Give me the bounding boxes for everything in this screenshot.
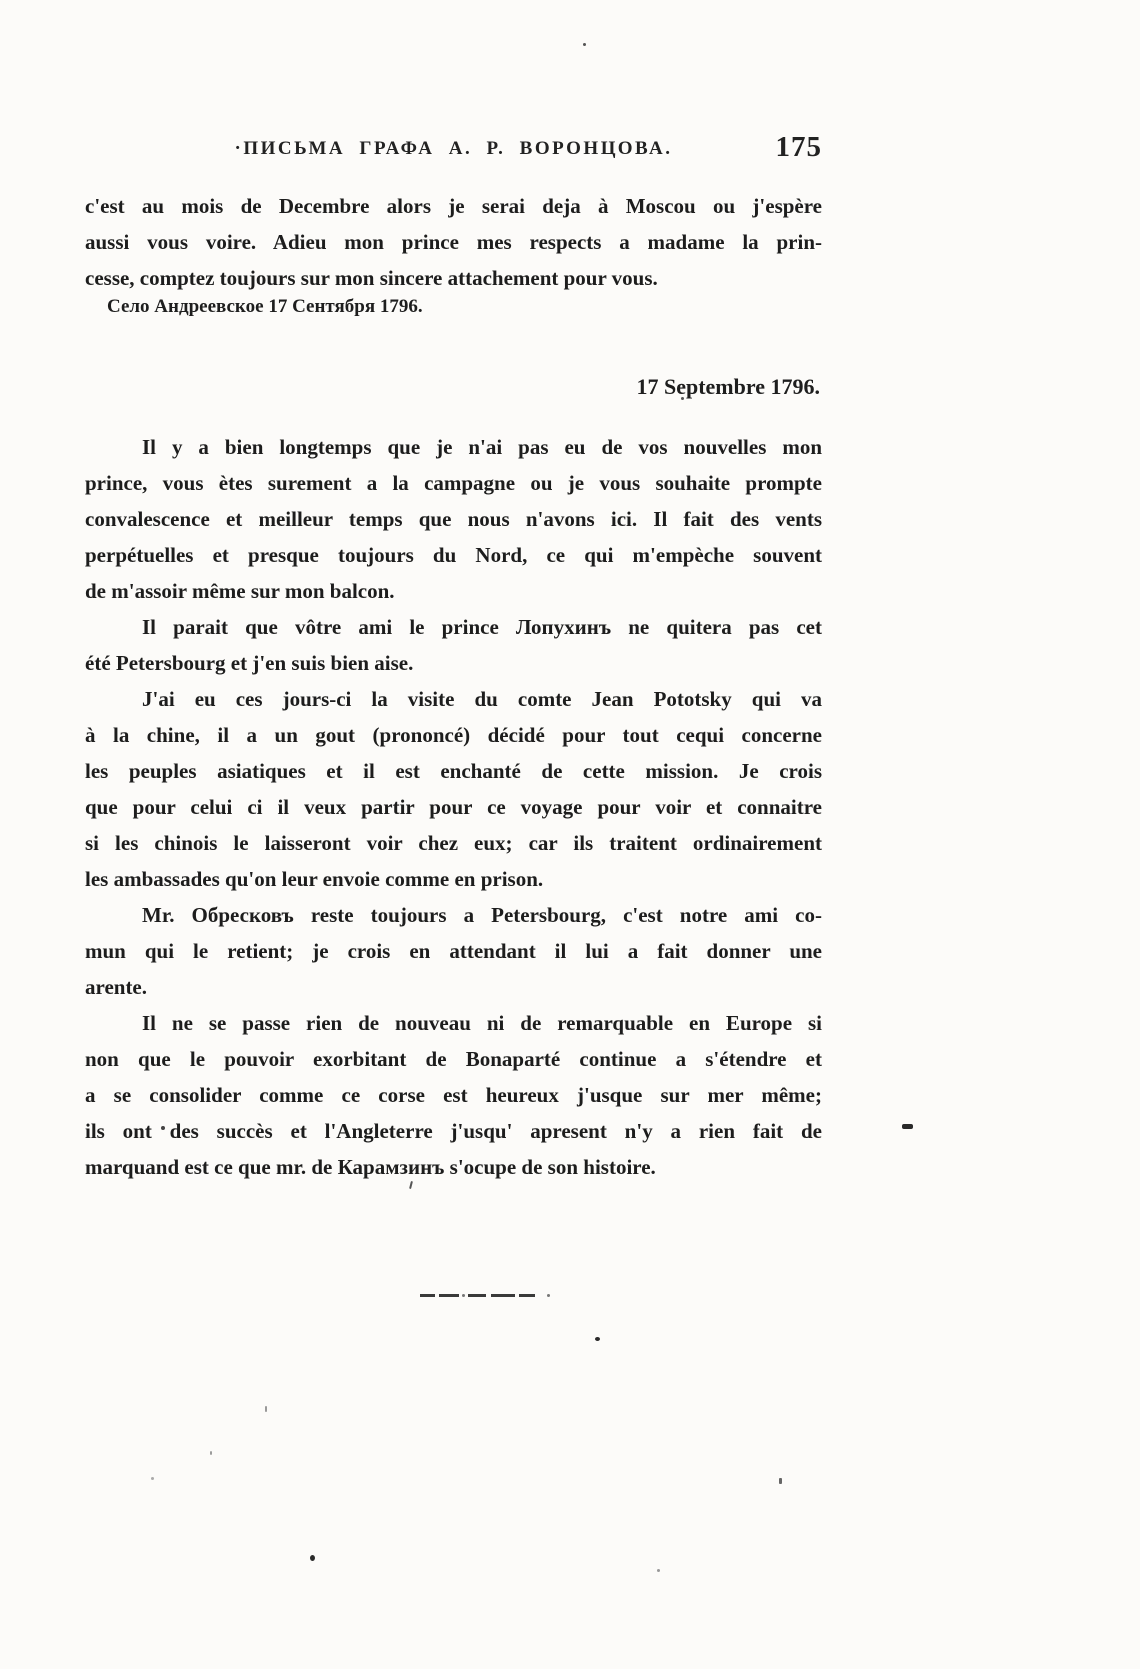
paragraph: Il parait que vôtre ami le prince Лопухи… <box>85 609 822 681</box>
ink-speck <box>265 1406 267 1412</box>
letter-closing-paragraph: c'est au mois de Decembre alors je serai… <box>85 188 822 296</box>
ink-speck <box>310 1555 315 1561</box>
page-number: 175 <box>776 131 823 164</box>
text-line: marquand est ce que mr. de Карамзинъ s'o… <box>85 1149 822 1185</box>
ink-speck <box>779 1478 782 1484</box>
paragraph: J'ai eu ces jours-ci la visite du comte … <box>85 681 822 897</box>
text-line: de m'assoir même sur mon balcon. <box>85 573 822 609</box>
ink-speck <box>595 1337 600 1341</box>
text-line: non que le pouvoir exorbitant de Bonapar… <box>85 1041 822 1077</box>
paragraph: Il y a bien longtemps que je n'ai pas eu… <box>85 429 822 609</box>
ink-speck <box>210 1451 212 1455</box>
ink-speck <box>681 397 684 400</box>
dashed-rule <box>420 1293 550 1299</box>
text-line: Mr. Обресковъ reste toujours a Petersbou… <box>85 897 822 933</box>
dateline-french: 17 Septembre 1796. <box>636 372 820 402</box>
text-line: Il parait que vôtre ami le prince Лопухи… <box>85 609 822 645</box>
text-line: cesse, comptez toujours sur mon sincere … <box>85 260 822 296</box>
ink-speck <box>657 1569 660 1572</box>
scanned-book-page: ·ПИСЬМА ГРАФА А. Р. ВОРОНЦОВА. 175 c'est… <box>0 0 1140 1669</box>
text-line: les peuples asiatiques et il est enchant… <box>85 753 822 789</box>
text-line: arente. <box>85 969 822 1005</box>
ink-speck <box>161 1126 165 1130</box>
text-line: mun qui le retient; je crois en attendan… <box>85 933 822 969</box>
running-header: ·ПИСЬМА ГРАФА А. Р. ВОРОНЦОВА. 175 <box>85 131 822 165</box>
ink-speck <box>902 1124 913 1129</box>
text-line: Il ne se passe rien de nouveau ni de rem… <box>85 1005 822 1041</box>
letter-body: Il y a bien longtemps que je n'ai pas eu… <box>85 429 822 1185</box>
paragraph: c'est au mois de Decembre alors je serai… <box>85 188 822 296</box>
text-line: perpétuelles et presque toujours du Nord… <box>85 537 822 573</box>
text-line: les ambassades qu'on leur envoie comme e… <box>85 861 822 897</box>
paragraph: Il ne se passe rien de nouveau ni de rem… <box>85 1005 822 1185</box>
text-line: si les chinois le laisseront voir chez e… <box>85 825 822 861</box>
text-line: convalescence et meilleur temps que nous… <box>85 501 822 537</box>
ink-speck <box>583 43 586 46</box>
ink-speck <box>151 1477 154 1480</box>
text-line: aussi vous voire. Adieu mon prince mes r… <box>85 224 822 260</box>
text-line: à la chine, il a un gout (prononcé) déci… <box>85 717 822 753</box>
text-line: ils ont des succès et l'Angleterre j'usq… <box>85 1113 822 1149</box>
text-line: J'ai eu ces jours-ci la visite du comte … <box>85 681 822 717</box>
text-column: ·ПИСЬМА ГРАФА А. Р. ВОРОНЦОВА. 175 c'est… <box>85 0 822 1669</box>
text-line: été Petersbourg et j'en suis bien aise. <box>85 645 822 681</box>
dateline-russian: Село Андреевское 17 Сентября 1796. <box>107 292 423 322</box>
text-line: Il y a bien longtemps que je n'ai pas eu… <box>85 429 822 465</box>
paragraph: Mr. Обресковъ reste toujours a Petersbou… <box>85 897 822 1005</box>
text-line: prince, vous ètes surement a la campagne… <box>85 465 822 501</box>
header-title: ·ПИСЬМА ГРАФА А. Р. ВОРОНЦОВА. <box>85 131 822 160</box>
text-line: que pour celui ci il veux partir pour ce… <box>85 789 822 825</box>
text-line: c'est au mois de Decembre alors je serai… <box>85 188 822 224</box>
text-line: a se consolider comme ce corse est heure… <box>85 1077 822 1113</box>
